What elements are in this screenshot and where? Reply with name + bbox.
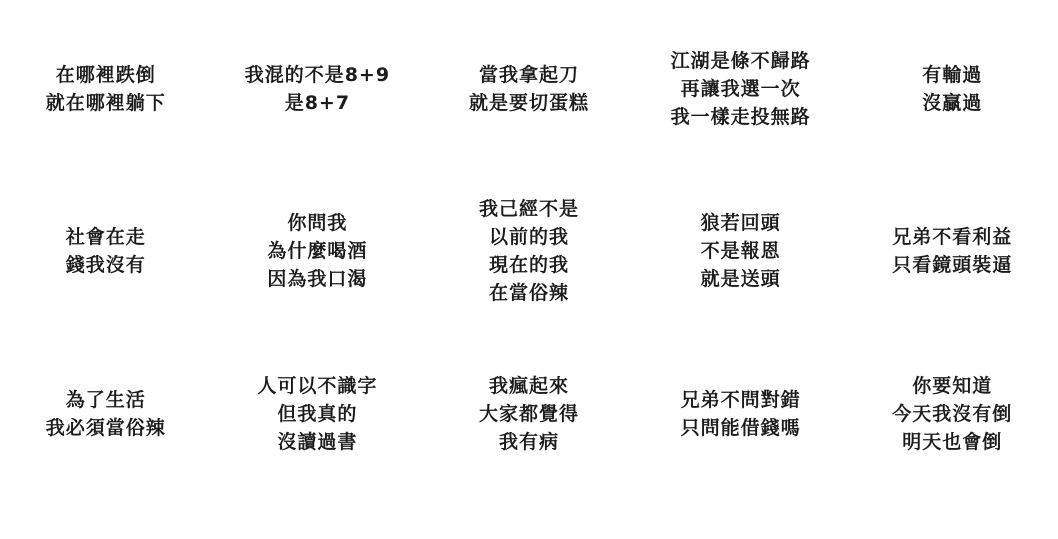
phrase-text: 有輸過 沒贏過 [922,61,982,117]
phrase-cell: 我混的不是8+9 是8+7 [212,8,424,170]
phrase-text: 兄弟不看利益 只看鏡頭裝逼 [892,223,1012,279]
phrase-sheet: 在哪裡跌倒 就在哪裡躺下 我混的不是8+9 是8+7 當我拿起刀 就是要切蛋糕 … [0,0,1058,539]
phrase-text: 狼若回頭 不是報恩 就是送頭 [701,209,781,293]
phrase-text: 為了生活 我必須當俗辣 [46,386,166,442]
phrase-text: 兄弟不問對錯 只問能借錢嗎 [681,386,801,442]
phrase-text: 你要知道 今天我沒有倒 明天也會倒 [892,372,1012,456]
phrase-text: 社會在走 錢我沒有 [66,223,146,279]
phrase-text: 我混的不是8+9 是8+7 [245,61,390,117]
phrase-text: 在哪裡跌倒 就在哪裡躺下 [46,61,166,117]
phrase-text: 當我拿起刀 就是要切蛋糕 [469,61,589,117]
phrase-cell: 當我拿起刀 就是要切蛋糕 [423,8,635,170]
phrase-cell: 兄弟不看利益 只看鏡頭裝逼 [846,170,1058,332]
phrase-cell: 人可以不識字 但我真的 沒讀過書 [212,333,424,495]
phrase-cell: 你要知道 今天我沒有倒 明天也會倒 [846,333,1058,495]
phrase-cell: 狼若回頭 不是報恩 就是送頭 [635,170,847,332]
phrase-cell: 我瘋起來 大家都覺得 我有病 [423,333,635,495]
phrase-text: 我瘋起來 大家都覺得 我有病 [479,372,579,456]
phrase-text: 我己經不是 以前的我 現在的我 在當俗辣 [479,195,579,307]
phrase-cell: 兄弟不問對錯 只問能借錢嗎 [635,333,847,495]
phrase-text: 你問我 為什麼喝酒 因為我口渴 [267,209,367,293]
phrase-cell: 在哪裡跌倒 就在哪裡躺下 [0,8,212,170]
phrase-text: 人可以不識字 但我真的 沒讀過書 [257,372,377,456]
phrase-cell: 為了生活 我必須當俗辣 [0,333,212,495]
phrase-cell: 社會在走 錢我沒有 [0,170,212,332]
phrase-cell: 江湖是條不歸路 再讓我選一次 我一樣走投無路 [635,8,847,170]
phrase-text: 江湖是條不歸路 再讓我選一次 我一樣走投無路 [671,47,811,131]
phrase-cell: 你問我 為什麼喝酒 因為我口渴 [212,170,424,332]
phrase-cell: 有輸過 沒贏過 [846,8,1058,170]
phrase-cell: 我己經不是 以前的我 現在的我 在當俗辣 [423,170,635,332]
